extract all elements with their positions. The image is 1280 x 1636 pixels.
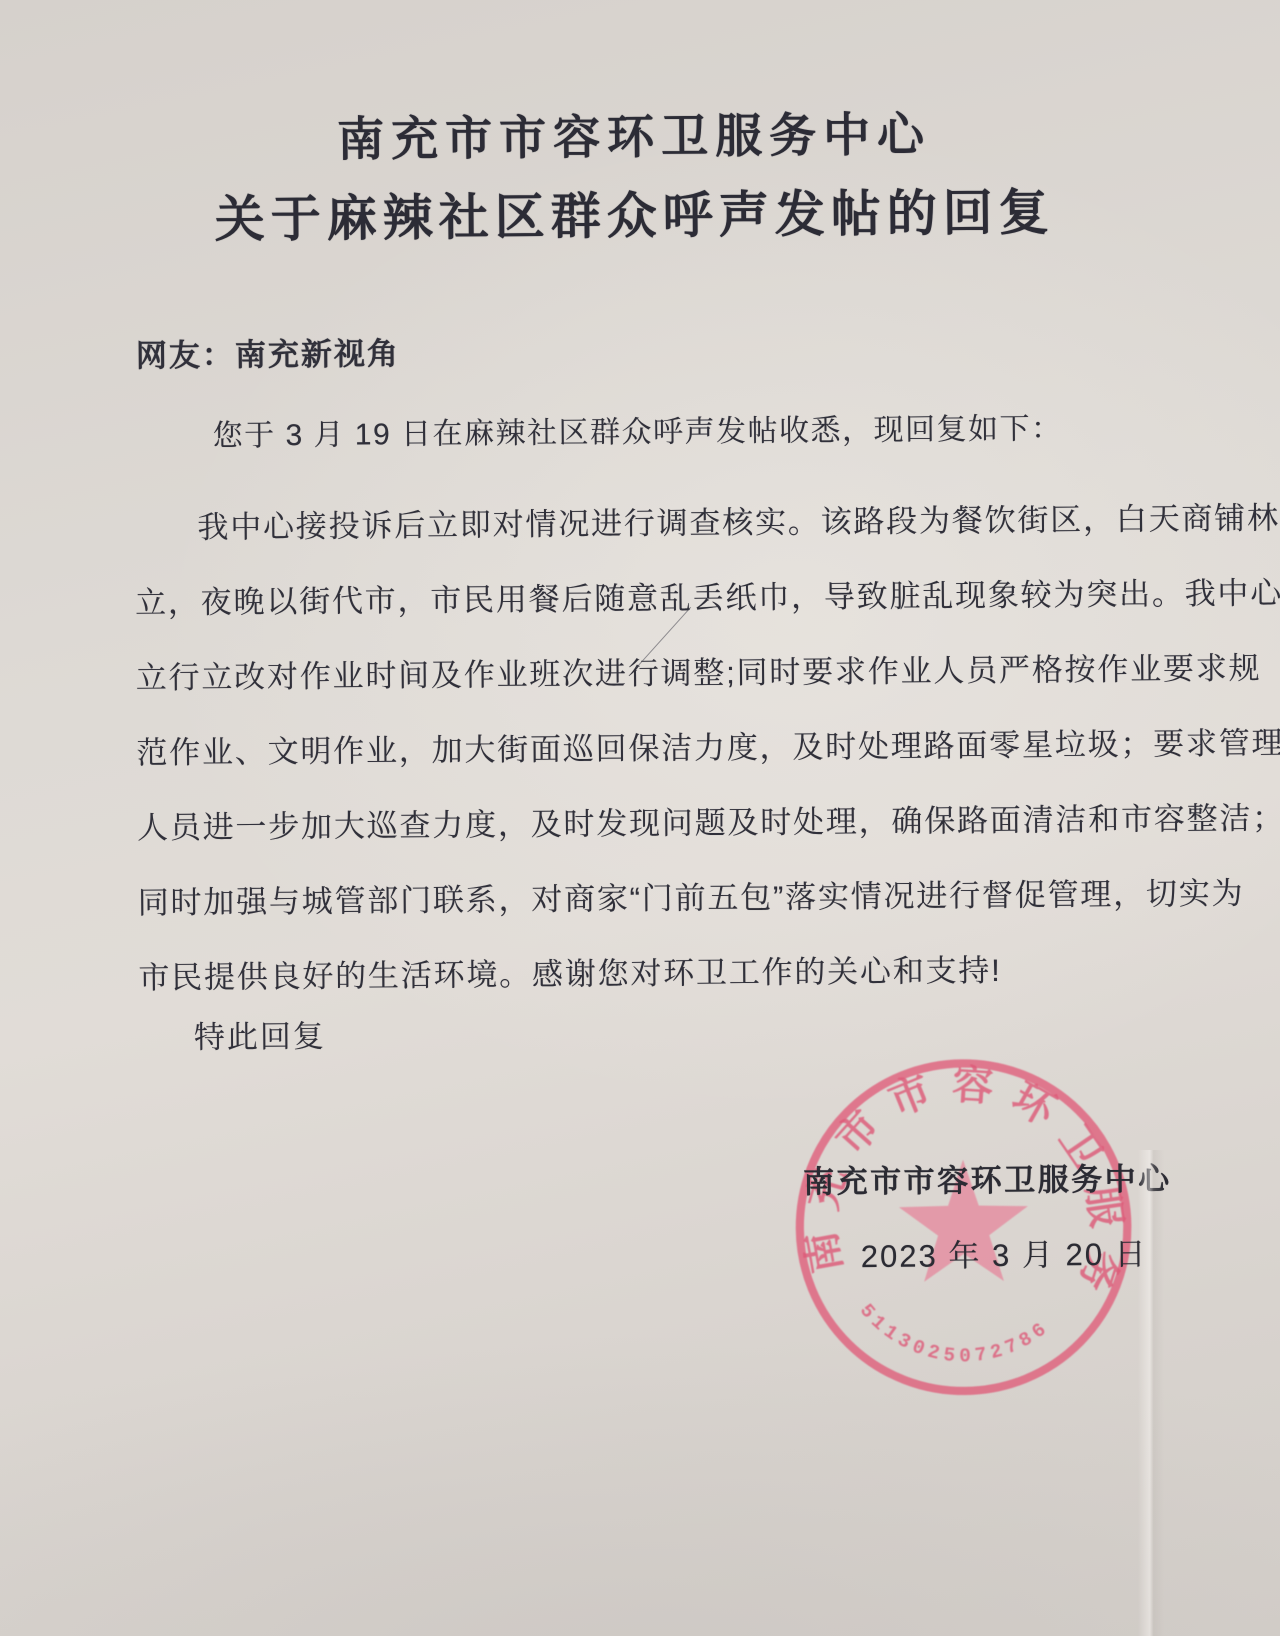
- official-seal-stamp: 南充市市容环卫服务中心 5113025072786: [788, 1052, 1139, 1403]
- salutation: 网友：南充新视角: [136, 328, 400, 375]
- body-line: 我中心接投诉后立即对情况进行调查核实。该路段为餐饮街区，白天商铺林: [197, 493, 1227, 547]
- letter-title-line2: 关于麻辣社区群众呼声发帖的回复: [0, 170, 1275, 253]
- issuer-signature: 南充市市容环卫服务中心: [803, 1153, 1172, 1201]
- body-line: 范作业、文明作业，加大街面巡回保洁力度，及时处理路面零星垃圾；要求管理: [136, 718, 1166, 772]
- body-line: 市民提供良好的生活环境。感谢您对环卫工作的关心和支持!: [138, 943, 1168, 997]
- body-line: 立，夜晚以街代市，市民用餐后随意乱丢纸巾，导致脏乱现象较为突出。我中心: [135, 568, 1165, 622]
- letter-title-line1: 南充市市容环卫服务中心: [0, 94, 1274, 172]
- closing-phrase: 特此回复: [194, 1011, 326, 1057]
- body-line: 同时加强与城管部门联系，对商家“门前五包”落实情况进行督促管理，切实为: [137, 868, 1167, 922]
- scanned-letter-page: 南充市市容环卫服务中心 关于麻辣社区群众呼声发帖的回复 网友：南充新视角 您于 …: [0, 0, 1280, 1636]
- letter-date: 2023 年 3 月 20 日: [861, 1229, 1148, 1277]
- letter-content: 南充市市容环卫服务中心 关于麻辣社区群众呼声发帖的回复 网友：南充新视角 您于 …: [0, 0, 1280, 1636]
- intro-line: 您于 3 月 19 日在麻辣社区群众呼声发帖收悉，现回复如下：: [212, 403, 1062, 454]
- svg-text:5113025072786: 5113025072786: [855, 1298, 1051, 1368]
- seal-code: 5113025072786: [855, 1298, 1051, 1368]
- body-line: 人员进一步加大巡查力度，及时发现问题及时处理，确保路面清洁和市容整洁；: [137, 793, 1167, 847]
